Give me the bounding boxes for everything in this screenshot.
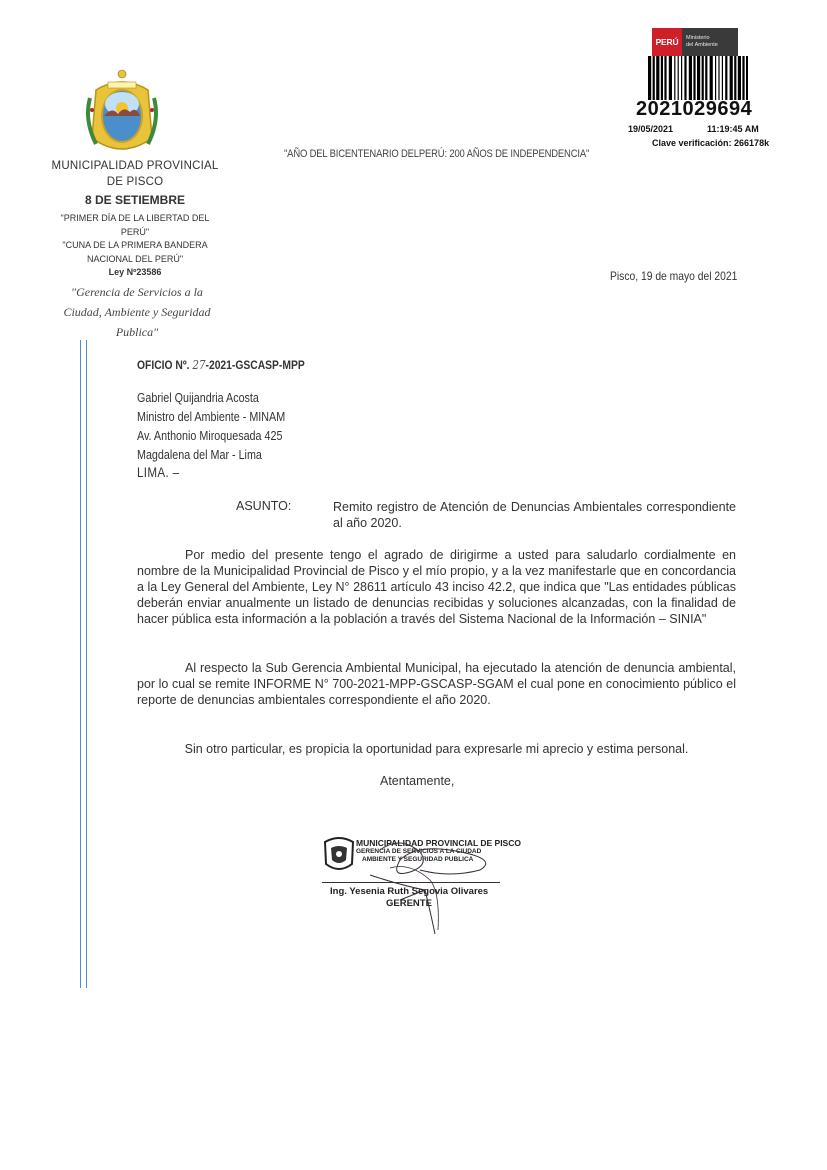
handwritten-signature-icon: [330, 830, 510, 940]
peru-logo-mark: PERÚ: [652, 28, 682, 56]
ministry-label-line1: Ministerio: [686, 35, 718, 42]
stamp-time: 11:19:45 AM: [707, 124, 759, 134]
law-reference: Ley Nº23586: [55, 267, 215, 277]
verification-key: Clave verificación: 266178k: [652, 138, 769, 148]
municipality-name-line1: MUNICIPALIDAD PROVINCIAL: [30, 158, 240, 174]
founding-date: 8 DE SETIEMBRE: [30, 193, 240, 207]
addressee-city: LIMA. –: [137, 465, 179, 480]
municipal-crest-icon: [82, 68, 162, 158]
body-paragraph-2-text: Al respecto la Sub Gerencia Ambiental Mu…: [137, 661, 736, 707]
ministry-label-line2: del Ambiente: [686, 42, 718, 49]
addressee-position: Ministro del Ambiente - MINAM: [137, 410, 285, 424]
barcode-number: 2021029694: [636, 98, 752, 121]
oficio-prefix: OFICIO Nº.: [137, 358, 192, 372]
gerencia-name: "Gerencia de Servicios a la Ciudad, Ambi…: [52, 282, 222, 342]
closing: Atentamente,: [380, 774, 454, 788]
margin-line: [80, 340, 81, 988]
oficio-handwritten-number: 27: [192, 358, 205, 372]
addressee-district: Magdalena del Mar - Lima: [137, 448, 262, 462]
stamp-date: 19/05/2021: [628, 124, 673, 134]
municipality-name-line2: DE PISCO: [30, 174, 240, 190]
barcode-icon: [648, 56, 748, 100]
oficio-suffix: -2021-GSCASP-MPP: [206, 358, 305, 372]
year-motto: "AÑO DEL BICENTENARIO DELPERÚ: 200 AÑOS …: [284, 148, 589, 160]
oficio-number: OFICIO Nº. 27-2021-GSCASP-MPP: [137, 358, 305, 372]
body-paragraph-1-text: Por medio del presente tengo el agrado d…: [137, 548, 736, 626]
subject-label: ASUNTO:: [236, 499, 291, 513]
ministry-logo: PERÚ Ministerio del Ambiente: [652, 28, 738, 56]
addressee-name: Gabriel Quijandria Acosta: [137, 391, 259, 405]
municipality-name: MUNICIPALIDAD PROVINCIAL DE PISCO: [30, 158, 240, 190]
ministry-label: Ministerio del Ambiente: [682, 28, 718, 56]
place-date: Pisco, 19 de mayo del 2021: [610, 269, 737, 283]
motto-quote-2: "CUNA DE LA PRIMERA BANDERA NACIONAL DEL…: [55, 238, 215, 266]
subject-text: Remito registro de Atención de Denuncias…: [333, 499, 736, 531]
body-paragraph-1: Por medio del presente tengo el agrado d…: [137, 547, 736, 627]
margin-line: [86, 340, 87, 988]
addressee-street: Av. Anthonio Miroquesada 425: [137, 429, 282, 443]
motto-quote-1: "PRIMER DÍA DE LA LIBERTAD DEL PERÚ": [55, 211, 215, 239]
body-paragraph-2: Al respecto la Sub Gerencia Ambiental Mu…: [137, 660, 736, 708]
body-paragraph-3: Sin otro particular, es propicia la opor…: [137, 741, 736, 757]
